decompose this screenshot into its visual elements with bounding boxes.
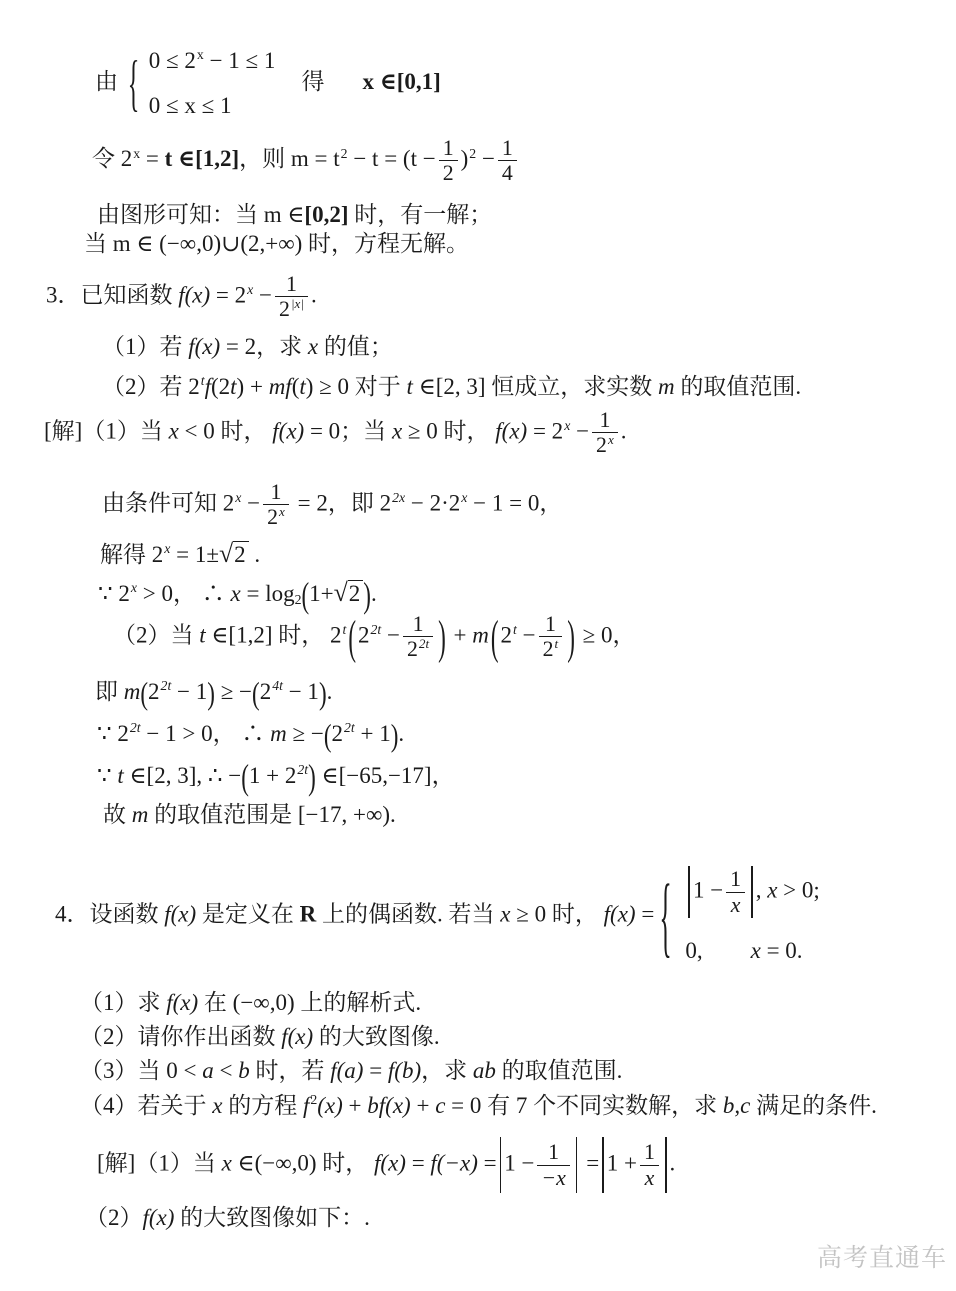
text-run: =: [363, 1058, 387, 1083]
text-run: <: [214, 1058, 238, 1083]
text-run: = 2，即 2: [292, 490, 391, 515]
var-x-paren: (x): [317, 1093, 343, 1118]
text-run: ≥ 0，: [577, 622, 636, 647]
text-run: = 0；当: [304, 418, 392, 443]
text-run: =: [636, 901, 655, 926]
text-run: 由: [95, 69, 124, 94]
fraction-denominator: x: [640, 1165, 659, 1190]
left-paren: (: [491, 613, 499, 660]
superscript: x: [279, 504, 285, 519]
line-substitution: 令 2x = t ∈[1,2]，则 m = t2 − t = (t −12)2 …: [92, 136, 520, 186]
fraction-denominator: 2|x|: [275, 296, 308, 322]
var-x: x: [222, 1150, 232, 1175]
line-condition-equation: 由条件可知 2x −12x = 2，即 22x − 2·2x − 1 = 0，: [102, 480, 562, 530]
fraction: 1x: [726, 867, 745, 917]
text-run: − 2·2: [405, 490, 460, 515]
text-run: 令 2: [92, 146, 132, 171]
var-fx: f(x): [374, 1150, 406, 1175]
var-x: x: [767, 877, 777, 902]
line-because-1: ∵ 22t − 1 > 0， ∴ m ≥ −(22t + 1).: [97, 719, 404, 749]
text-run: = 2: [210, 282, 246, 307]
line-graph-conclusion-2: 当 m ∈ (−∞,0)∪(2,+∞) 时，方程无解。: [84, 229, 469, 259]
var-fx: f(x): [178, 282, 210, 307]
superscript: 2t: [130, 720, 141, 735]
var-ab: ab: [473, 1058, 496, 1083]
text-run: （4）若关于: [80, 1093, 212, 1118]
right-paren: ): [319, 678, 327, 710]
text-run: (2: [211, 374, 230, 399]
line-problem4-q2: （2）请你作出函数 f(x) 的大致图像.: [80, 1022, 440, 1052]
text-run: （2）: [85, 1205, 143, 1230]
text-run: 解得 2: [100, 542, 163, 567]
text-run: 1 + 2: [249, 763, 296, 788]
text-run: 2: [279, 298, 290, 322]
var-fx: f(x): [495, 418, 527, 443]
case-row: 0,x = 0.: [685, 936, 819, 966]
text-run: 2: [543, 638, 554, 662]
fraction: 122t: [403, 612, 433, 662]
text-run: < 0 时，: [179, 418, 272, 443]
abs-bar: [751, 866, 753, 918]
superscript: 2t: [344, 720, 355, 735]
right-paren: ): [308, 760, 316, 796]
var-m: m: [124, 679, 141, 704]
text-run: ∵ 2: [98, 581, 130, 606]
text-run: ∈(−∞,0) 时，: [232, 1150, 374, 1175]
text-run: ∈[1,2] 时， 2: [206, 622, 342, 647]
radicand: 2: [233, 541, 249, 567]
text-run: 的方程: [222, 1093, 303, 1118]
var-fx: f(x): [143, 1205, 175, 1230]
line-problem3-header: 3．已知函数 f(x) = 2x −12|x|.: [46, 272, 317, 322]
text-run: ∵ 2: [97, 721, 129, 746]
text-run: ) +: [237, 374, 269, 399]
text-run: 1 −: [693, 877, 723, 902]
text-run: +: [411, 1093, 435, 1118]
text-run: > 0， ∴: [137, 581, 230, 606]
text-run: =: [140, 146, 164, 171]
superscript: 2t: [371, 622, 382, 637]
line-ji-inequality: 即 m(22t − 1) ≥ −(24t − 1).: [95, 677, 332, 707]
left-paren: (: [324, 720, 332, 752]
superscript: 2x: [392, 490, 405, 505]
text-run: =: [406, 1150, 430, 1175]
text-run: 1+: [309, 581, 333, 606]
text-run: 2: [148, 679, 160, 704]
var-m: m: [132, 802, 149, 827]
line-sol4-part1: [解]（1）当 x ∈(−∞,0) 时， f(x) = f(−x) =1 −1−…: [97, 1137, 675, 1193]
text-run: 上的偶函数. 若当: [316, 901, 500, 926]
var-m: m: [270, 721, 287, 746]
right-paren: ): [567, 613, 575, 660]
text-run: − 1: [283, 679, 319, 704]
text-run: .: [311, 282, 317, 307]
fraction-numerator: 1: [403, 612, 433, 636]
text-run: （3）当 0 <: [80, 1058, 202, 1083]
text-run: 的值；: [318, 334, 393, 359]
text-run: 2: [596, 434, 607, 458]
text-run: （1）若: [102, 334, 188, 359]
var-fx: f(x): [164, 901, 196, 926]
text-run: （2）请你作出函数: [80, 1024, 281, 1049]
text-run: ∵: [97, 763, 117, 788]
text-run: 2: [331, 721, 343, 746]
text-run: .: [327, 679, 333, 704]
line-problem4-header: 4．设函数 f(x) 是定义在 R 上的偶函数. 若当 x ≥ 0 时， f(x…: [55, 866, 820, 966]
right-paren: ): [391, 720, 399, 752]
text-run: − t = (t −: [348, 146, 436, 171]
text-run: 0 ≤ 2: [149, 48, 196, 73]
text-run: 的取值范围.: [675, 374, 802, 399]
text-run: > 0;: [777, 877, 819, 902]
text-run: 故: [103, 802, 132, 827]
text-run: 2: [260, 679, 272, 704]
cases-block: 1 −1x, x > 0;0,x = 0.: [685, 866, 819, 966]
fraction: 12x: [592, 408, 618, 458]
text-run: 2: [501, 622, 513, 647]
line-because-2: ∵ t ∈[2, 3], ∴ −(1 + 22t) ∈[−65,−17]，: [97, 761, 455, 791]
line-sol4-part2: （2）f(x) 的大致图像如下：.: [85, 1203, 370, 1233]
text-run: 时，若: [250, 1058, 331, 1083]
text-run: 时，有一解；: [349, 202, 493, 227]
superscript: 2: [341, 146, 348, 161]
abs-bar: [500, 1137, 502, 1193]
text-run: [解]（1）当: [97, 1150, 222, 1175]
text-run: =: [478, 1150, 497, 1175]
text-run: 3．已知函数: [46, 282, 178, 307]
line-range-conclusion: 故 m 的取值范围是 [−17, +∞).: [103, 800, 396, 830]
fraction: 12x: [263, 480, 289, 530]
watermark: 高考直通车: [817, 1238, 947, 1274]
superscript: 2t: [419, 636, 429, 651]
text-run: + 1: [355, 721, 391, 746]
right-paren: ): [363, 578, 371, 614]
fraction-numerator: 1: [537, 1140, 569, 1164]
radical-sign: √: [334, 578, 348, 607]
abs-bar: [602, 1137, 604, 1193]
left-paren: (: [140, 678, 148, 710]
left-paren: (: [241, 760, 249, 796]
text-run: .: [621, 418, 627, 443]
left-brace: {: [660, 871, 672, 961]
text-run: [解]（1）当: [44, 418, 169, 443]
var-x: x: [308, 334, 318, 359]
text-run: = 2，求: [220, 334, 308, 359]
text-run: −: [253, 282, 272, 307]
case-row: 1 −1x, x > 0;: [685, 866, 819, 918]
text-run: ≥ 0 时，: [402, 418, 495, 443]
text-run: +: [343, 1093, 367, 1118]
fraction: 14: [498, 136, 517, 186]
superscript: t: [555, 636, 559, 651]
text-run: 当 m ∈ (−∞,0)∪(2,+∞) 时，方程无解。: [84, 231, 469, 256]
var-x: x: [392, 418, 402, 443]
var-fx: f(x): [166, 990, 198, 1015]
text-run: +: [448, 622, 472, 647]
symbol-R: R: [300, 901, 317, 926]
line-problem3-q1: （1）若 f(x) = 2，求 x 的值；: [102, 332, 393, 362]
text-run: 在 (−∞,0) 上的解析式.: [198, 990, 421, 1015]
var-m: m: [658, 374, 675, 399]
abs-bar: [665, 1137, 667, 1193]
text-run: − 1 > 0， ∴: [141, 721, 270, 746]
fraction-numerator: 1: [640, 1140, 659, 1164]
text-run: ≥ 0 时，: [511, 901, 604, 926]
subscript: 2: [295, 592, 302, 607]
text-run: ≥ −: [287, 721, 324, 746]
var-f: f: [303, 1093, 309, 1118]
fraction-numerator: 1: [539, 612, 563, 636]
text-run: 的取值范围.: [496, 1058, 623, 1083]
text-run: ≥ −: [215, 679, 252, 704]
line-graph-conclusion-1: 由图形可知：当 m ∈[0,2] 时，有一解；: [97, 200, 492, 230]
text-run: .: [398, 721, 404, 746]
var-fnx: f(−x): [430, 1150, 477, 1175]
text-run: 是定义在: [196, 901, 300, 926]
fraction-denominator: x: [726, 892, 745, 917]
line-solve-result: 解得 2x = 1±√2 .: [100, 537, 260, 571]
text-run: −: [241, 490, 260, 515]
text-run: =: [580, 1150, 599, 1175]
fraction-numerator: 1: [726, 867, 745, 891]
left-paren: (: [252, 678, 260, 710]
text-run: = 0 有 7 个不同实数解，求: [445, 1093, 722, 1118]
fraction-denominator: 2x: [592, 432, 618, 458]
text-run: 2: [358, 622, 370, 647]
line-problem3-q2: （2）若 2tf(2t) + mf(t) ≥ 0 对于 t ∈[2, 3] 恒成…: [102, 372, 801, 402]
radical-sign: √: [219, 539, 233, 568]
left-paren: (: [348, 613, 356, 660]
superscript: |x|: [291, 296, 304, 311]
line-problem4-q4: （4）若关于 x 的方程 f2(x) + bf(x) + c = 0 有 7 个…: [80, 1091, 877, 1121]
fraction-numerator: 1: [498, 136, 517, 160]
var-c: c: [435, 1093, 445, 1118]
case-row: 0 ≤ x ≤ 1: [149, 91, 276, 121]
var-m: m: [472, 622, 489, 647]
var-fx: f(x): [604, 901, 636, 926]
line-system-result: 由 {0 ≤ 2x − 1 ≤ 10 ≤ x ≤ 1得x ∈[0,1]: [95, 46, 441, 122]
fraction-denominator: 22t: [403, 636, 433, 662]
text-run: .: [670, 1150, 676, 1175]
fraction: 1−x: [537, 1140, 569, 1190]
text-run: （2）当: [113, 622, 199, 647]
fraction: 1x: [640, 1140, 659, 1190]
text-run: （1）求: [80, 990, 166, 1015]
var-mf: mf: [269, 374, 292, 399]
superscript: t: [342, 622, 346, 637]
var-fx: f(x): [272, 418, 304, 443]
text-run: ,: [756, 877, 768, 902]
var-x: x: [231, 581, 241, 606]
right-paren: ): [207, 678, 215, 710]
var-bfx: bf(x): [367, 1093, 410, 1118]
fraction: 12t: [539, 612, 563, 662]
var-fx: f(x): [281, 1024, 313, 1049]
var-a: a: [202, 1058, 214, 1083]
text-run: ∈[−65,−17]，: [316, 763, 455, 788]
text-run: 得: [301, 69, 324, 94]
line-problem4-q1: （1）求 f(x) 在 (−∞,0) 上的解析式.: [80, 988, 421, 1018]
case-row: 0 ≤ 2x − 1 ≤ 1: [149, 46, 276, 76]
text-run: （2）若 2: [102, 374, 200, 399]
text-run: − 1 = 0，: [467, 490, 562, 515]
fraction: 12: [439, 136, 458, 186]
text-run: 4．设函数: [55, 901, 164, 926]
text-run: 由图形可知：当 m ∈: [97, 202, 304, 227]
line-part2-inequality: （2）当 t ∈[1,2] 时， 2t(22t −122t) + m(2t −1…: [113, 612, 636, 662]
right-paren: ): [438, 613, 446, 660]
text-run: [0,2]: [304, 202, 348, 227]
text-run: x ∈[0,1]: [362, 69, 440, 94]
text-run: −: [476, 146, 495, 171]
text-run: −: [570, 418, 589, 443]
text-run: ) ≥ 0 对于: [306, 374, 407, 399]
var-fb: f(b): [388, 1058, 421, 1083]
text-run: ∈[2, 3] 恒成立，求实数: [413, 374, 658, 399]
var-fa: f(a): [330, 1058, 363, 1083]
fraction-numerator: 1: [275, 272, 308, 296]
abs-bar: [576, 1137, 578, 1193]
fraction: 12|x|: [275, 272, 308, 322]
text-run: 1 −: [504, 1150, 534, 1175]
text-run: 的取值范围是 [−17, +∞).: [148, 802, 395, 827]
fraction-denominator: 2x: [263, 504, 289, 530]
var-x: x: [212, 1093, 222, 1118]
var-bc: b,c: [723, 1093, 750, 1118]
text-run: ，则 m = t: [239, 146, 340, 171]
text-run: 的大致图像.: [313, 1024, 440, 1049]
text-run: 满足的条件.: [750, 1093, 877, 1118]
text-run: −: [381, 622, 400, 647]
fraction-numerator: 1: [263, 480, 289, 504]
superscript: 2t: [297, 762, 308, 777]
cases-block: 0 ≤ 2x − 1 ≤ 10 ≤ x ≤ 1: [149, 46, 276, 122]
text-run: ): [461, 146, 469, 171]
text-run: − 1 ≤ 1: [204, 48, 276, 73]
abs-bar: [688, 866, 690, 918]
fraction-numerator: 1: [439, 136, 458, 160]
superscript: 2t: [161, 678, 172, 693]
fraction-denominator: 2t: [539, 636, 563, 662]
line-problem4-q3: （3）当 0 < a < b 时，若 f(a) = f(b)，求 ab 的取值范…: [80, 1056, 622, 1086]
var-x: x: [169, 418, 179, 443]
text-run: 的大致图像如下：.: [174, 1205, 370, 1230]
left-brace: {: [127, 53, 139, 115]
fraction-denominator: 2: [439, 160, 458, 185]
var-x: x: [751, 938, 761, 963]
text-run: t ∈[1,2]: [165, 146, 240, 171]
text-run: .: [371, 581, 377, 606]
var-x: x: [500, 901, 510, 926]
fraction-denominator: 4: [498, 160, 517, 185]
fraction-denominator: −x: [537, 1165, 569, 1190]
text-run: 即: [95, 679, 124, 704]
text-run: = log: [241, 581, 295, 606]
text-run: ∈[2, 3], ∴ −: [124, 763, 241, 788]
text-run: 由条件可知 2: [102, 490, 234, 515]
math-worksheet-page: { "watermark": "高考直通车", "sys": {"lead":"…: [0, 0, 956, 1291]
text-run: = 1±: [170, 542, 219, 567]
text-run: 2: [407, 638, 418, 662]
text-run: 2: [267, 506, 278, 530]
text-run: − 1: [171, 679, 207, 704]
text-run: .: [249, 542, 261, 567]
var-fx: f(x): [188, 334, 220, 359]
line-sol3-part1: [解]（1）当 x < 0 时， f(x) = 0；当 x ≥ 0 时， f(x…: [44, 408, 627, 458]
superscript: x: [608, 432, 614, 447]
superscript: x: [197, 47, 204, 62]
text-run: −: [517, 622, 536, 647]
text-run: = 2: [527, 418, 563, 443]
superscript: 4t: [272, 678, 283, 693]
text-run: ，求: [421, 1058, 473, 1083]
text-run: 0,: [685, 938, 702, 963]
text-run: 1 +: [607, 1150, 637, 1175]
fraction-numerator: 1: [592, 408, 618, 432]
text-run: = 0.: [761, 938, 803, 963]
left-paren: (: [302, 578, 310, 614]
var-b: b: [238, 1058, 250, 1083]
line-log-conclusion: ∵ 2x > 0， ∴ x = log2(1+√2).: [98, 576, 377, 610]
radicand: 2: [348, 580, 364, 606]
